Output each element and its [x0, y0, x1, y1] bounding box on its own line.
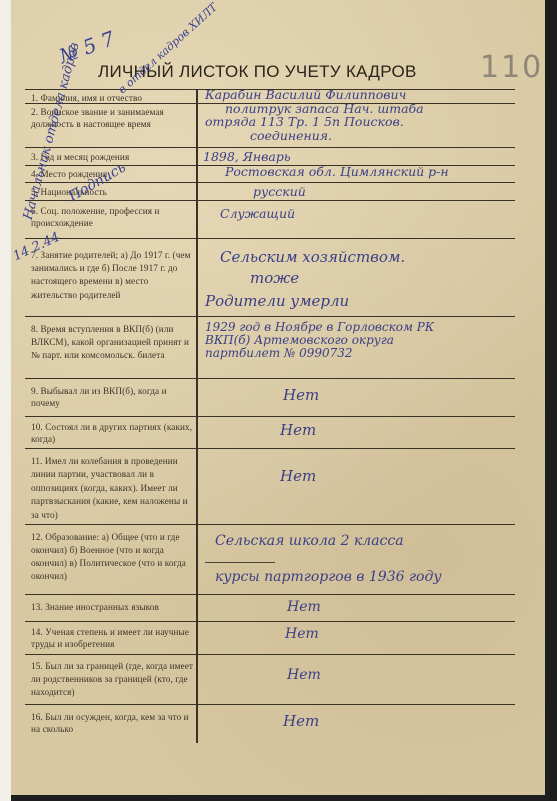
- answer-handwritten: соединения.: [250, 128, 557, 144]
- question-label: 13. Знание иностранных языков: [31, 601, 195, 613]
- column-divider: [196, 655, 198, 705]
- answer-handwritten: партбилет № 0990732: [205, 345, 515, 361]
- question-label: 15. Был ли за границей (где, когда имеет…: [31, 660, 195, 699]
- question-label: 9. Выбывал ли из ВКП(б), когда и почему: [31, 385, 195, 410]
- column-divider: [196, 90, 198, 104]
- column-divider: [196, 595, 198, 622]
- column-divider: [196, 183, 198, 201]
- column-divider: [196, 622, 198, 655]
- form-row-2: 2. Воинское звание и занимаемая должност…: [25, 103, 515, 148]
- question-label: 8. Время вступления в ВКП(б) (или ВЛКСМ)…: [31, 323, 195, 362]
- answer-handwritten: тоже: [250, 270, 557, 286]
- column-divider: [196, 201, 198, 239]
- form-row-6: 6. Соц. положение, профессия и происхожд…: [25, 200, 515, 239]
- column-divider: [196, 166, 198, 183]
- answer-handwritten: Нет: [285, 626, 557, 642]
- question-label: 3. Год и месяц рождения: [31, 151, 195, 163]
- form-row-7: 7. Занятие родителей; а) До 1917 г. (чем…: [25, 238, 515, 317]
- form-row-15: 15. Был ли за границей (где, когда имеет…: [25, 654, 515, 705]
- sub-divider: [205, 562, 275, 563]
- pencil-page-number: 110: [480, 50, 543, 85]
- answer-handwritten: Нет: [280, 422, 557, 438]
- answer-handwritten: Сельским хозяйством.: [220, 249, 530, 265]
- answer-handwritten: Нет: [287, 667, 557, 683]
- column-divider: [196, 148, 198, 166]
- answer-handwritten: курсы партгоргов в 1936 году: [215, 569, 525, 585]
- question-label: 12. Образование: а) Общее (что и где око…: [31, 531, 195, 583]
- page-edge: [0, 0, 11, 801]
- form-row-12: 12. Образование: а) Общее (что и где око…: [25, 524, 515, 595]
- column-divider: [196, 525, 198, 595]
- question-label: 14. Ученая степень и имеет ли научные тр…: [31, 626, 195, 651]
- answer-handwritten: Родители умерли: [205, 293, 515, 309]
- form-row-13: 13. Знание иностранных языков Нет: [25, 594, 515, 622]
- form-row-11: 11. Имел ли колебания в проведении линии…: [25, 448, 515, 525]
- column-divider: [196, 379, 198, 417]
- question-label: 6. Соц. положение, профессия и происхожд…: [31, 205, 195, 230]
- question-label: 5. Национальность: [31, 186, 195, 198]
- form-row-9: 9. Выбывал ли из ВКП(б), когда и почему …: [25, 378, 515, 417]
- question-label: 16. Был ли осужден, когда, кем за что и …: [31, 711, 195, 736]
- column-divider: [196, 317, 198, 379]
- answer-handwritten: русский: [253, 184, 557, 200]
- answer-handwritten: Нет: [287, 599, 557, 615]
- answer-handwritten: Сельская школа 2 класса: [215, 533, 525, 549]
- question-label: 7. Занятие родителей; а) До 1917 г. (чем…: [31, 249, 195, 302]
- answer-handwritten: Служащий: [220, 206, 530, 222]
- form-row-8: 8. Время вступления в ВКП(б) (или ВЛКСМ)…: [25, 316, 515, 379]
- column-divider: [196, 239, 198, 317]
- column-divider: [196, 705, 198, 743]
- question-label: 11. Имел ли колебания в проведении линии…: [31, 455, 195, 522]
- answer-handwritten: Ростовская обл. Цимлянский р-н: [225, 164, 535, 180]
- form-row-14: 14. Ученая степень и имеет ли научные тр…: [25, 621, 515, 655]
- form-row-16: 16. Был ли осужден, когда, кем за что и …: [25, 704, 515, 743]
- answer-handwritten: Нет: [283, 387, 557, 403]
- answer-handwritten: Нет: [280, 468, 557, 484]
- question-label: 10. Состоял ли в других партиях (каких, …: [31, 421, 195, 446]
- form-row-10: 10. Состоял ли в других партиях (каких, …: [25, 416, 515, 449]
- column-divider: [196, 449, 198, 525]
- column-divider: [196, 417, 198, 449]
- answer-handwritten: Нет: [283, 713, 557, 729]
- column-divider: [196, 104, 198, 148]
- answer-handwritten: 1898, Январь: [203, 149, 513, 165]
